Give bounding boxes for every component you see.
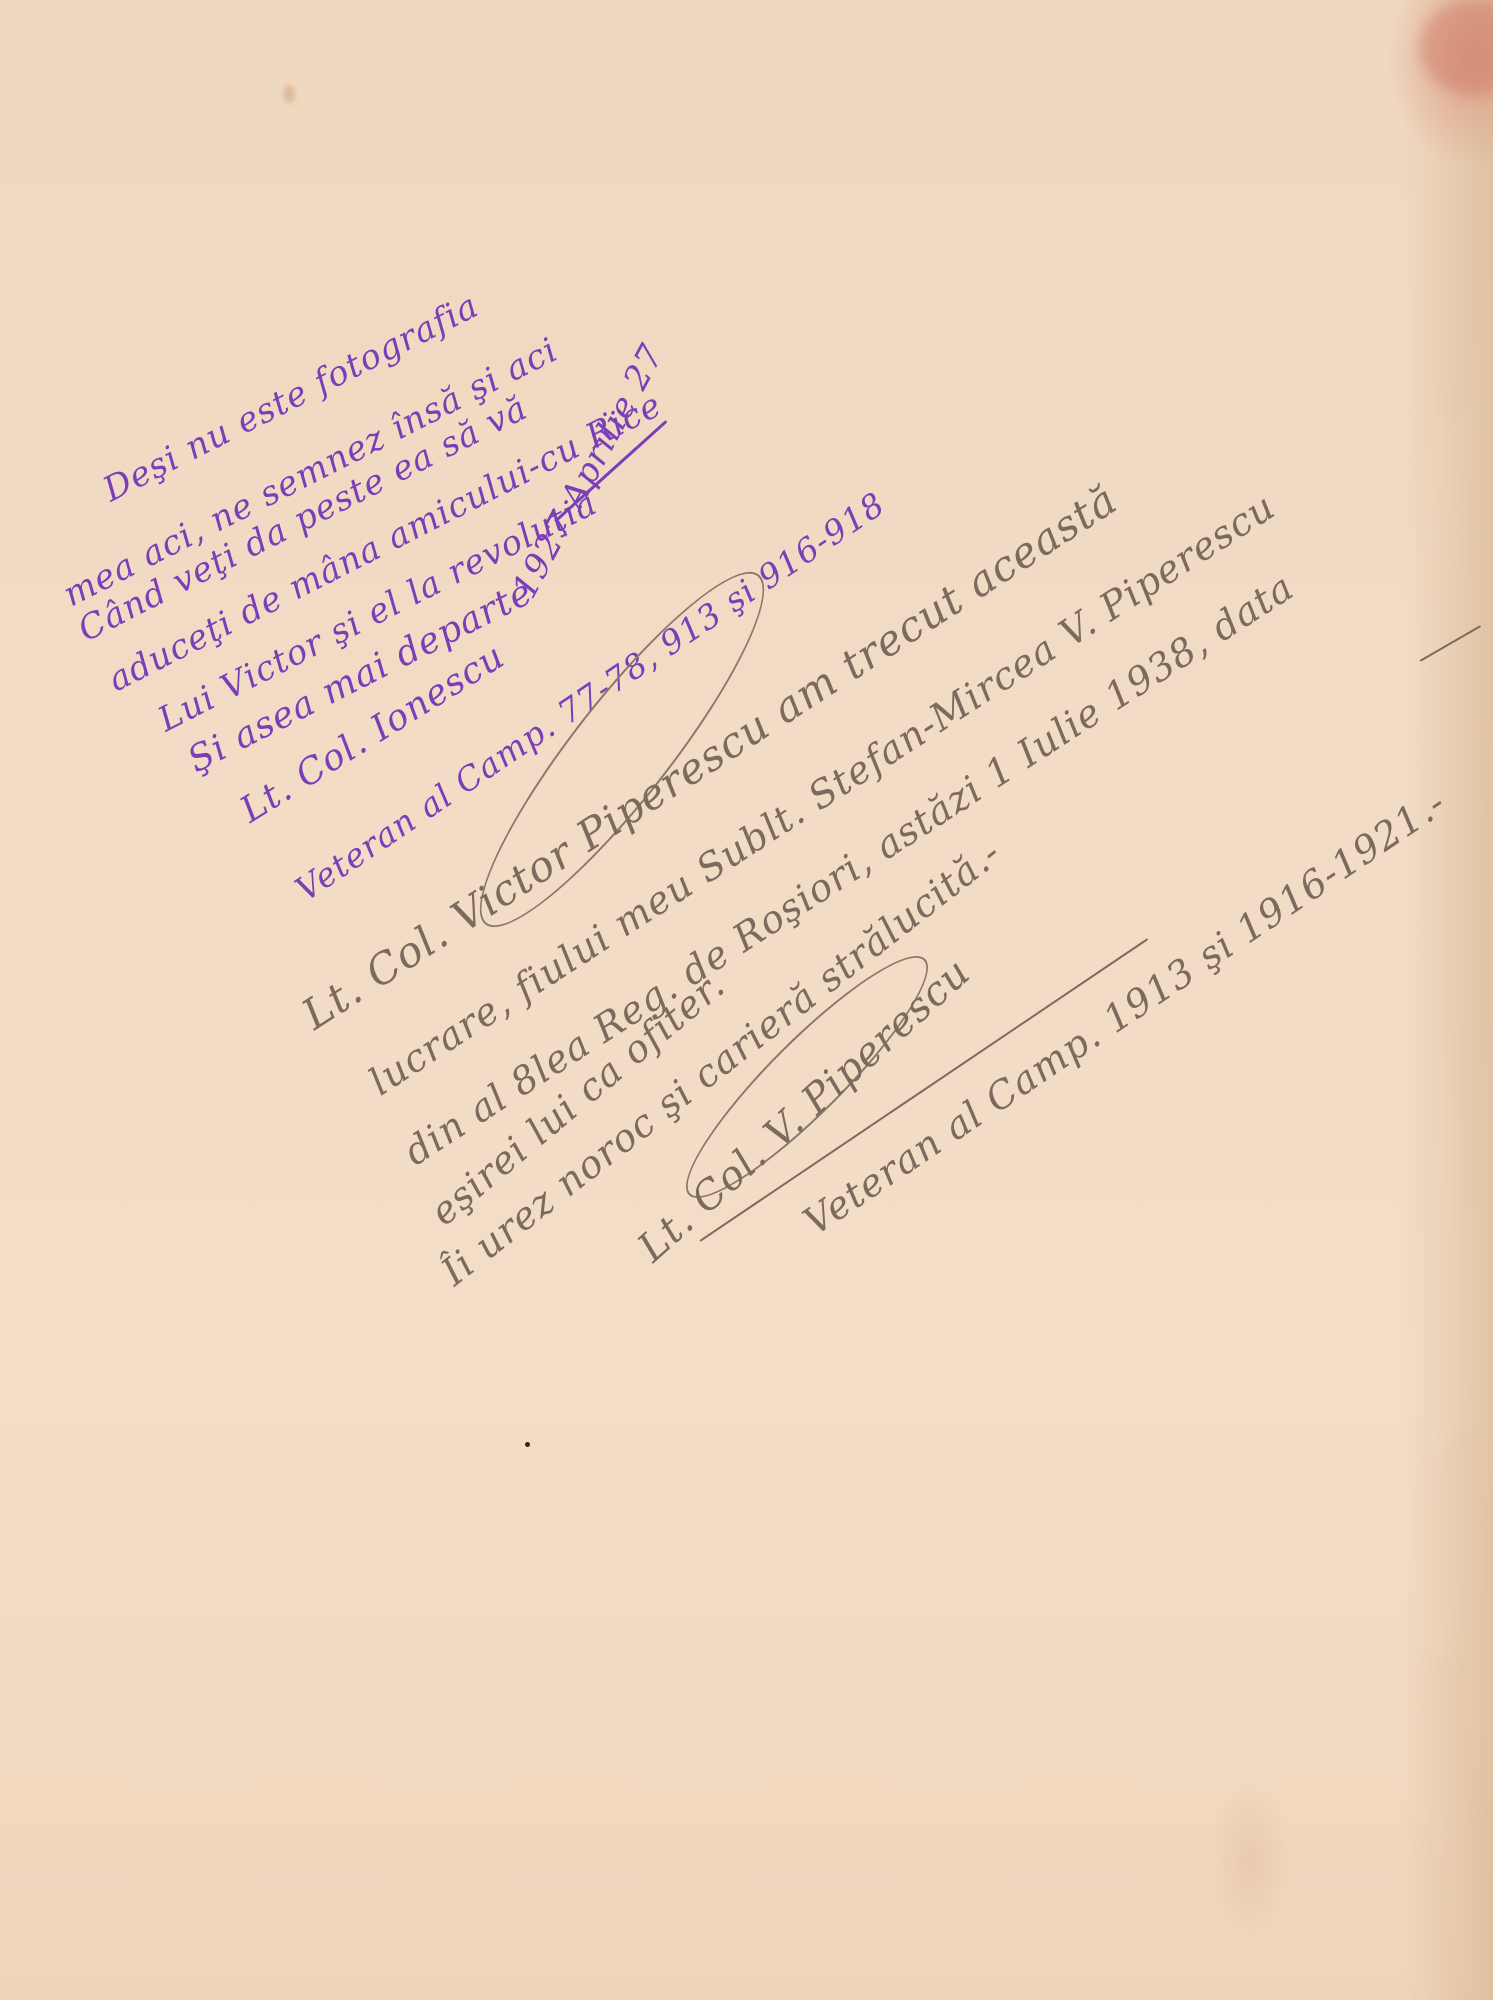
- water-stain: [1420, 0, 1493, 95]
- foxing-spot: [283, 85, 295, 103]
- pencil-dash: [1420, 625, 1482, 662]
- ink-speck: [525, 1442, 530, 1447]
- document-page: Deşi nu este fotografia mea aci, ne semn…: [0, 0, 1493, 2000]
